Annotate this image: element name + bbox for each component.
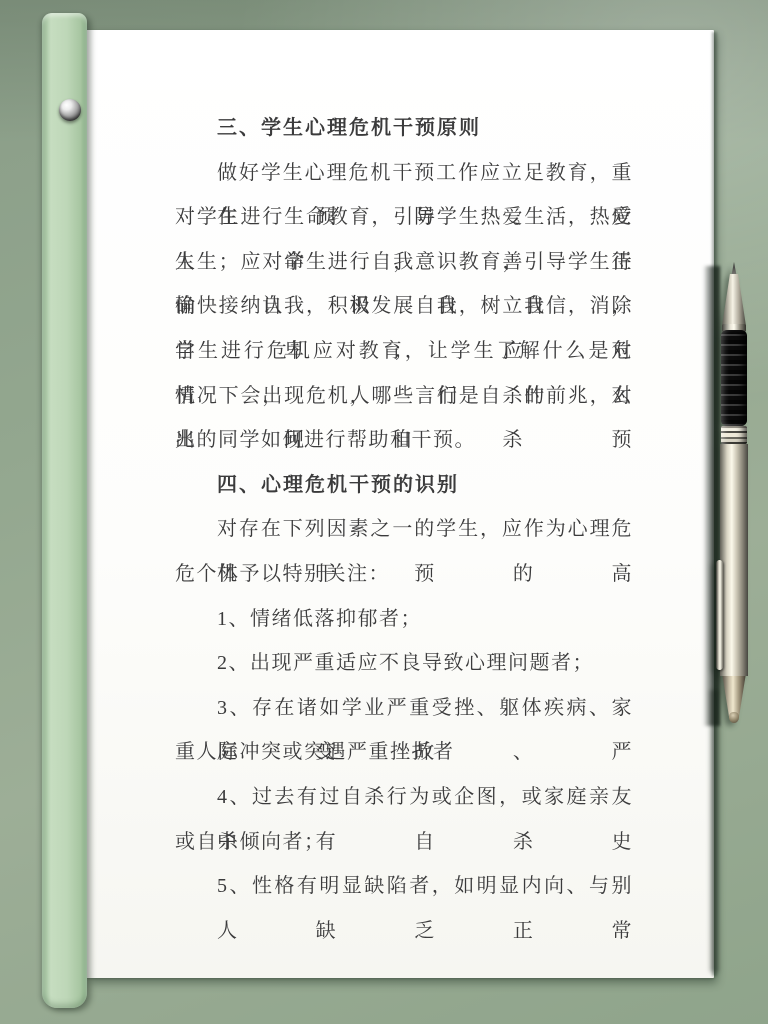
- text-line: 情况下会出现危机，哪些言行是自杀的前兆，对出现自杀预: [175, 374, 633, 419]
- text-line: 对存在下列因素之一的学生，应作为心理危机干预的高: [175, 507, 633, 552]
- pen-clip: [716, 560, 723, 670]
- text-line: 3、存在诸如学业严重受挫、躯体疾病、家庭变故、严: [175, 686, 633, 731]
- text-line: 5、性格有明显缺陷者，如明显内向、与别人缺乏正常: [175, 864, 633, 909]
- pen-rubber-grip: [721, 330, 747, 426]
- pen: [719, 262, 749, 724]
- text-line: 4、过去有过自杀行为或企图，或家庭亲友中有自杀史: [175, 775, 633, 820]
- text-line: 人生；应对学生进行自我意识教育，引导学生正确认识自我，: [175, 240, 633, 285]
- binder-rivet-icon: [59, 99, 81, 121]
- paper-edge-shadow-lower: [710, 690, 719, 972]
- text-line: 1、情绪低落抑郁者；: [175, 597, 633, 642]
- pen-double-rings: [721, 426, 747, 444]
- text-line: 四、心理危机干预的识别: [175, 463, 633, 508]
- text-line: 愉快接纳自我，积极发展自我，树立自信，消除自卑；应对: [175, 284, 633, 329]
- pen-barrel: [720, 444, 748, 676]
- desk-background: 三、学生心理危机干预原则做好学生心理危机干预工作应立足教育，重在预防。应对学生进…: [0, 0, 768, 1024]
- text-line: 学生进行危机应对教育，让学生了解什么是危机，人们什么: [175, 329, 633, 374]
- text-line: 三、学生心理危机干预原则: [175, 106, 633, 151]
- document-text: 三、学生心理危机干预原则做好学生心理危机干预工作应立足教育，重在预防。应对学生进…: [175, 106, 633, 909]
- pen-nose-cone: [722, 274, 746, 326]
- text-line: 做好学生心理危机干预工作应立足教育，重在预防。应: [175, 151, 633, 196]
- text-line: 对学生进行生命教育，引导学生热爱生活，热爱生命，善待: [175, 195, 633, 240]
- pen-tail-cap: [729, 712, 739, 723]
- binder-strip: [42, 13, 87, 1008]
- text-line: 2、出现严重适应不良导致心理问题者；: [175, 641, 633, 686]
- paper-sheet: 三、学生心理危机干预原则做好学生心理危机干预工作应立足教育，重在预防。应对学生进…: [86, 30, 714, 978]
